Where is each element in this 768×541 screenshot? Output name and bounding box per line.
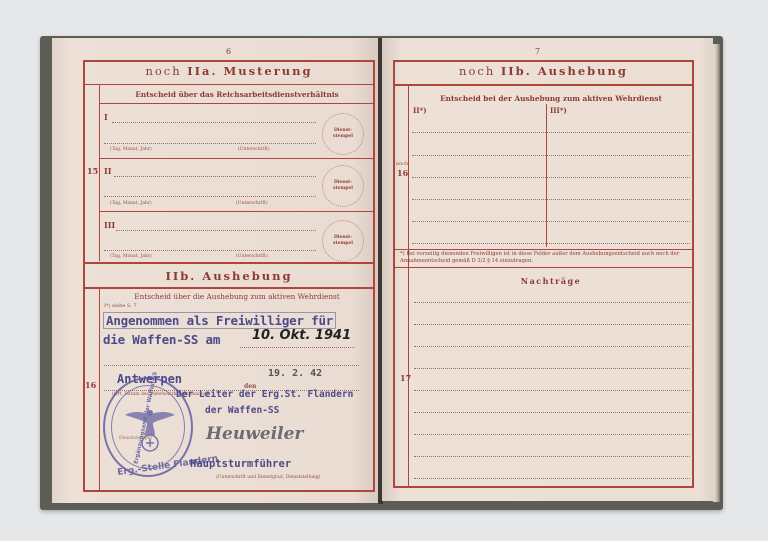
right-section-title: noch IIb. Aushebung bbox=[395, 64, 692, 78]
entry-ii-signature-label: (Unterschrift) bbox=[236, 201, 268, 206]
date-stamp: 19. 2. 42 bbox=[268, 368, 322, 379]
page-number-right: 7 bbox=[535, 47, 540, 56]
supplement-line[interactable] bbox=[414, 302, 690, 303]
supplement-line[interactable] bbox=[414, 434, 690, 435]
divider bbox=[83, 262, 375, 264]
title-main: IIb. Aushebung bbox=[165, 269, 292, 283]
supplement-line[interactable] bbox=[414, 368, 690, 369]
entry-i-date-label: (Tag, Monat, Jahr) bbox=[110, 147, 152, 152]
page-edges bbox=[713, 44, 720, 502]
acceptance-stamp-line-1: Angenommen als Freiwilliger für bbox=[103, 312, 336, 329]
divider bbox=[99, 211, 375, 212]
stamp-circle: Dienst-stempel bbox=[322, 220, 364, 262]
entry-iii-signature-label: (Unterschrift) bbox=[236, 254, 268, 259]
entry-line bbox=[104, 365, 359, 366]
row-number-column bbox=[99, 85, 100, 261]
footnote: *) Bei vorzeitig dienenden Freiwilligen … bbox=[400, 251, 688, 265]
official-round-seal: Erg.-Stelle Flandern Ergänzungsamt der W… bbox=[103, 377, 193, 477]
section2-note: I*) siehe S. 7 bbox=[104, 303, 137, 309]
divider bbox=[393, 249, 694, 250]
entry-line[interactable] bbox=[116, 230, 316, 231]
entry-line[interactable] bbox=[412, 243, 690, 244]
supplement-line[interactable] bbox=[414, 324, 690, 325]
divider bbox=[83, 84, 375, 85]
entry-ii-roman: II bbox=[104, 166, 111, 176]
stamp-circle: Dienst-stempel bbox=[322, 113, 364, 155]
entry-line[interactable] bbox=[412, 132, 690, 133]
entry-line[interactable] bbox=[412, 199, 690, 200]
row-number-column bbox=[408, 85, 409, 487]
supplement-title: Nachträge bbox=[409, 276, 693, 286]
entry-line[interactable] bbox=[412, 177, 690, 178]
right-form-frame bbox=[393, 60, 694, 488]
entry-iii-date-label: (Tag, Monat, Jahr) bbox=[110, 254, 152, 259]
stamp-label: stempel bbox=[333, 186, 353, 191]
row-number-16: 16 bbox=[85, 380, 96, 390]
entry-line bbox=[240, 347, 355, 348]
acceptance-stamp-line-2: die Waffen-SS am bbox=[103, 332, 220, 347]
entry-i-roman: I bbox=[104, 112, 108, 122]
left-section2-subsection: Entscheid über die Aushebung zum aktiven… bbox=[100, 292, 374, 301]
stamp-label: Dienst- bbox=[334, 128, 352, 133]
divider bbox=[83, 287, 375, 289]
divider bbox=[393, 84, 694, 86]
row-prefix-noch: noch bbox=[396, 161, 408, 167]
divider bbox=[99, 103, 375, 104]
signature: Heuweiler bbox=[206, 424, 303, 444]
entry-ii-date-label: (Tag, Monat, Jahr) bbox=[110, 201, 152, 206]
entry-line[interactable] bbox=[104, 196, 316, 197]
divider bbox=[99, 158, 375, 159]
entry-line[interactable] bbox=[104, 250, 316, 251]
left-subsection: Entscheid über das Reichsarbeitsdienstve… bbox=[100, 90, 374, 99]
title-prefix: noch bbox=[459, 64, 495, 78]
entry-line[interactable] bbox=[114, 176, 316, 177]
stamp-circle: Dienst-stempel bbox=[322, 165, 364, 207]
signature-label: (Unterschrift und Dienstgrad, Dienststel… bbox=[216, 475, 320, 480]
stamp-label: Dienst- bbox=[334, 180, 352, 185]
col-ii-label: II*) bbox=[413, 106, 427, 115]
stamp-label: Dienst- bbox=[334, 235, 352, 240]
supplement-line[interactable] bbox=[414, 456, 690, 457]
row-number-16-cont: 16 bbox=[397, 168, 408, 178]
title-prefix: noch bbox=[145, 64, 181, 78]
supplement-line[interactable] bbox=[414, 478, 690, 479]
entry-iii-roman: III bbox=[104, 220, 115, 230]
row-number-15: 15 bbox=[87, 166, 98, 176]
row-number-column bbox=[99, 288, 100, 491]
official-stamp-line-2: der Waffen-SS bbox=[205, 405, 279, 416]
supplement-line[interactable] bbox=[414, 346, 690, 347]
supplement-line[interactable] bbox=[414, 390, 690, 391]
seal-center-label: Dienststempel bbox=[119, 436, 152, 441]
handwritten-enlistment-date: 10. Okt. 1941 bbox=[252, 328, 351, 343]
left-section2-title: IIb. Aushebung bbox=[85, 269, 373, 283]
entry-line[interactable] bbox=[112, 122, 316, 123]
entry-line[interactable] bbox=[412, 221, 690, 222]
entry-i-signature-label: (Unterschrift) bbox=[238, 147, 270, 152]
entry-line[interactable] bbox=[412, 155, 690, 156]
supplement-line[interactable] bbox=[414, 412, 690, 413]
stamp-label: stempel bbox=[333, 134, 353, 139]
title-main: IIb. Aushebung bbox=[501, 64, 628, 78]
column-divider bbox=[546, 104, 547, 247]
row-number-17: 17 bbox=[400, 373, 411, 383]
official-stamp-line-1: Der Leiter der Erg.St. Flandern bbox=[176, 389, 353, 400]
page-number-left: 6 bbox=[226, 47, 231, 56]
divider bbox=[393, 267, 694, 268]
stamp-label: stempel bbox=[333, 241, 353, 246]
title-main: IIa. Musterung bbox=[187, 64, 312, 78]
col-iii-label: III*) bbox=[550, 106, 567, 115]
entry-line[interactable] bbox=[104, 143, 316, 144]
right-subsection: Entscheid bei der Aushebung zum aktiven … bbox=[409, 94, 693, 103]
left-section-title: noch IIa. Musterung bbox=[85, 64, 373, 78]
